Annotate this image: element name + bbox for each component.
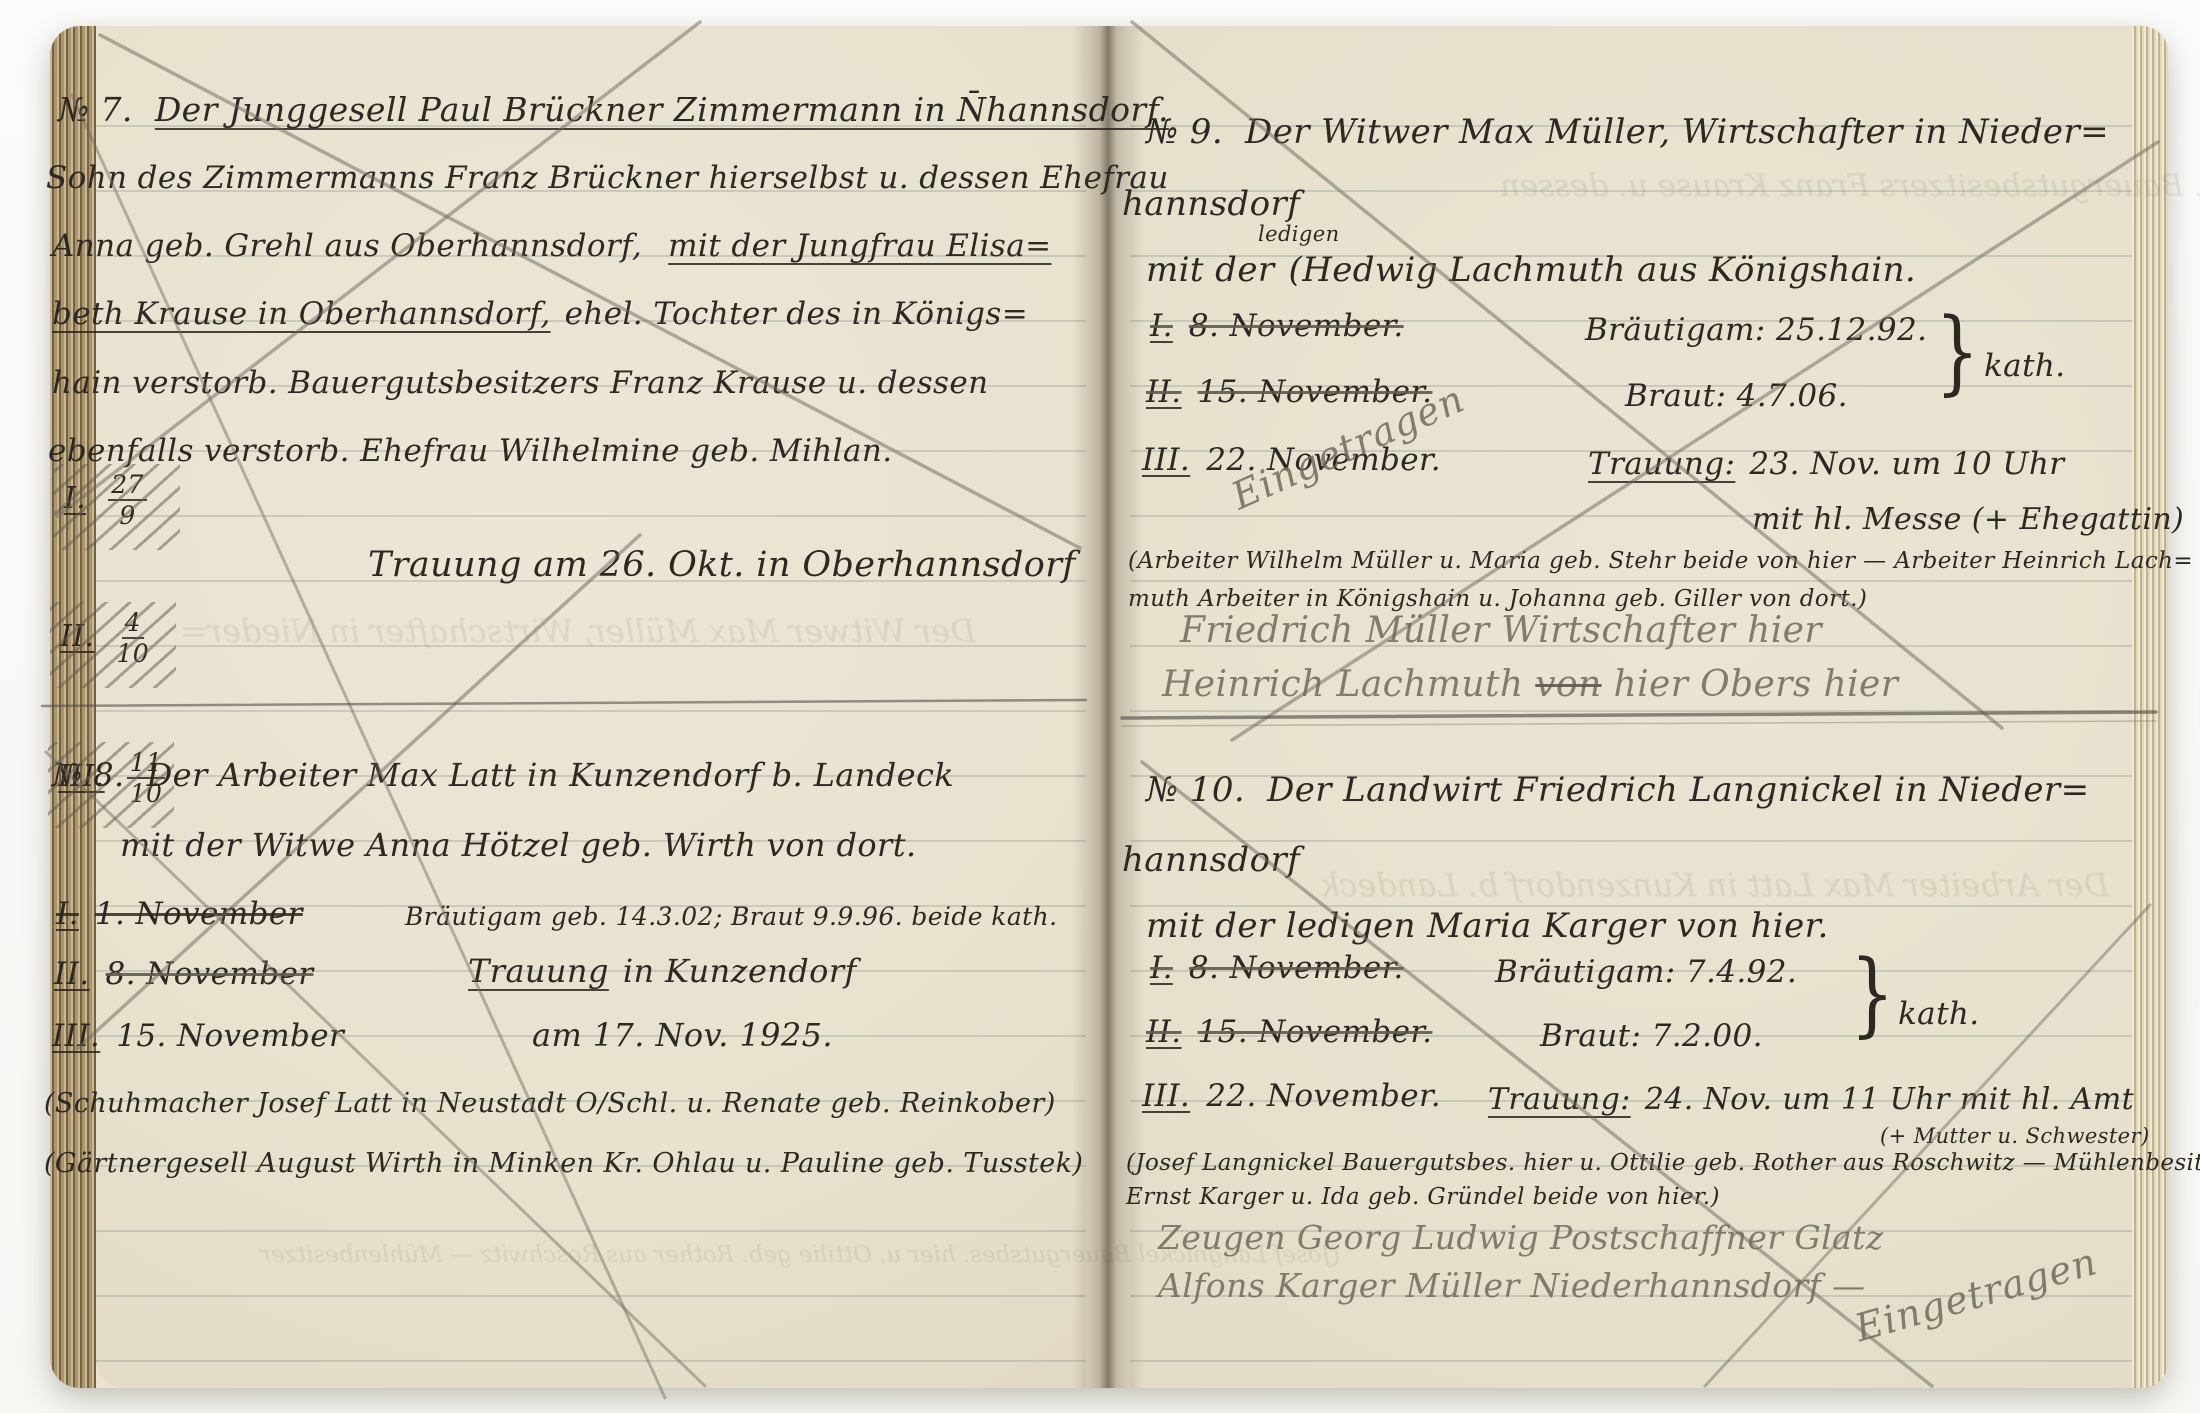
bann-month: 9: [119, 501, 135, 528]
bann-date-struck: II.15. November.: [1146, 1014, 1432, 1050]
entry9-parents-line2: muth Arbeiter in Königshain u. Johanna g…: [1128, 586, 1867, 612]
entry10-parents-line1: (Josef Langnickel Bauergutsbes. hier u. …: [1126, 1150, 2200, 1176]
entry7-bride-underlined: mit der Jungfrau Elisa=: [668, 228, 1051, 264]
entry10-witness-pencil1: Zeugen Georg Ludwig Postschaffner Glatz: [1158, 1218, 1884, 1257]
entry9-brace: }: [1935, 306, 1979, 398]
bann-month: 10: [116, 639, 149, 666]
entry9-bride-prefix: mit der: [1146, 250, 1275, 290]
trauung-place: in Kunzendorf: [623, 952, 857, 990]
entry9-number: № 9.: [1146, 112, 1223, 152]
trauung-date: 23. Nov. um 10 Uhr: [1749, 446, 2064, 482]
entry10-bann-2: II.15. November.: [1146, 1014, 1432, 1050]
bann-day: 4: [122, 610, 144, 639]
bleedthrough-text: hain verstorb. Bauergutsbesitzers Franz …: [1500, 168, 2200, 204]
trauung-date: 24. Nov. um 11 Uhr mit hl. Amt: [1645, 1082, 2134, 1117]
entry10-bride-line: mit der ledigen Maria Karger von hier.: [1146, 906, 1829, 946]
bann-roman: II.: [60, 619, 94, 654]
entry9-insertion: ledigen: [1258, 222, 1340, 246]
entry10-brace: }: [1850, 948, 1894, 1040]
entry7-bride-underlined2: beth Krause in Oberhannsdorf,: [52, 296, 551, 332]
bann-date-struck: 8. November: [106, 956, 314, 992]
entry10-bann-3: III.22. November.: [1142, 1078, 1441, 1114]
entry7-number: № 7.: [58, 90, 133, 129]
struck-word: von: [1535, 664, 1601, 705]
entry10-confession: kath.: [1898, 996, 1980, 1032]
bann-date-struck: I.1. November: [56, 896, 303, 932]
entry7-line2: Sohn des Zimmermanns Franz Brückner hier…: [46, 160, 1169, 196]
entry10-headline: № 10.Der Landwirt Friedrich Langnickel i…: [1146, 770, 2089, 810]
entry9-confession: kath.: [1984, 348, 2066, 384]
bann-roman: I.: [56, 896, 79, 932]
entry10-parents-line2: Ernst Karger u. Ida geb. Gründel beide v…: [1126, 1184, 1720, 1210]
bann-date-struck: I.8. November.: [1150, 308, 1404, 344]
entry8-groom-line: Der Arbeiter Max Latt in Kunzendorf b. L…: [147, 756, 954, 794]
bann-date: 15. November: [116, 1018, 344, 1054]
entry7-line4-rest: ehel. Tochter des in Königs=: [565, 296, 1029, 332]
entry8-bride-line: mit der Witwe Anna Hötzel geb. Wirth von…: [120, 826, 917, 864]
bann-day: 27: [108, 472, 147, 501]
bann-date: 15. November.: [1198, 1014, 1433, 1050]
entry10-bride-birthdate: Braut: 7.2.00.: [1540, 1018, 1763, 1054]
entry10-witness-pencil2: Alfons Karger Müller Niederhannsdorf —: [1158, 1266, 1866, 1305]
entry8-wedding-date: am 17. Nov. 1925.: [532, 1016, 833, 1054]
entry8-bann-3: III.15. November: [52, 1018, 344, 1054]
handwriting-layer: Der Witwer Max Müller, Wirtschafter in N…: [0, 0, 2200, 1413]
entry9-wedding-note: Trauung:23. Nov. um 10 Uhr: [1588, 446, 2065, 482]
entry9-parents-line1: (Arbeiter Wilhelm Müller u. Maria geb. S…: [1128, 548, 2193, 574]
entry10-sub-note: (+ Mutter u. Schwester): [1880, 1124, 2150, 1148]
bleedthrough-text: Der Arbeiter Max Latt in Kunzendorf b. L…: [1320, 866, 2109, 904]
entry10-line2: hannsdorf: [1122, 840, 1300, 880]
entry7-bann-2: II.410: [60, 610, 2200, 666]
trauung-label: Trauung:: [1488, 1082, 1631, 1117]
entry7-headline: № 7.Der Junggesell Paul Brückner Zimmerm…: [58, 90, 1169, 129]
bann-roman: II.: [1146, 374, 1182, 410]
bann-date-fraction: 279: [108, 472, 147, 528]
witness-name: Heinrich Lachmuth: [1162, 664, 1523, 705]
entry10-groom-line: Der Landwirt Friedrich Langnickel in Nie…: [1267, 770, 2089, 810]
bann-date-struck: I.8. November.: [1150, 950, 1404, 986]
bann-roman: II.: [54, 956, 90, 992]
bann-roman: I.: [64, 481, 86, 516]
entry9-witness-pencil2: Heinrich Lachmuth von hier Obers hier: [1162, 664, 1898, 705]
bann-date: 8. November.: [1189, 950, 1404, 986]
entry8-bann-2: II.8. November: [54, 956, 313, 992]
entry7-line5: hain verstorb. Bauergutsbesitzers Franz …: [52, 365, 988, 401]
entry7-line4: beth Krause in Oberhannsdorf,ehel. Tocht…: [52, 296, 1028, 332]
entry9-groom-birthdate: Bräutigam: 25.12.92.: [1585, 312, 1927, 348]
entry9-mass-note: mit hl. Messe (+ Ehegattin): [1752, 502, 2184, 537]
bann-date: 1. November: [95, 896, 303, 932]
entry10-bann-1: I.8. November.: [1150, 950, 1404, 986]
entry7-line3-start: Anna geb. Grehl aus Oberhannsdorf,: [52, 228, 642, 264]
entry8-wedding-note: Trauungin Kunzendorf: [468, 952, 857, 990]
entry8-headline: № 8.Der Arbeiter Max Latt in Kunzendorf …: [52, 756, 954, 794]
entry7-groom-line: Der Junggesell Paul Brückner Zimmermann …: [155, 90, 1169, 129]
entry9-groom-line: Der Witwer Max Müller, Wirtschafter in N…: [1245, 112, 2109, 152]
entry9-witness-pencil1: Friedrich Müller Wirtschafter hier: [1180, 610, 1822, 651]
trauung-label: Trauung:: [1588, 446, 1735, 482]
bann-roman: I.: [1150, 308, 1173, 344]
entry8-bann-1: I.1. November: [56, 896, 303, 932]
witness-place: hier Obers hier: [1614, 664, 1899, 705]
bann-roman: III.: [1142, 442, 1190, 478]
entry7-line3: Anna geb. Grehl aus Oberhannsdorf,mit de…: [52, 228, 1051, 264]
bann-roman: III.: [1142, 1078, 1190, 1114]
entry9-headline: № 9.Der Witwer Max Müller, Wirtschafter …: [1146, 112, 2109, 152]
entry10-eingetragen-note: Eingetragen: [1850, 1239, 2102, 1350]
entry8-groom-parents: (Schuhmacher Josef Latt in Neustadt O/Sc…: [44, 1088, 1056, 1119]
entry9-bride-line: mit der(Hedwig Lachmuth aus Königshain.: [1146, 250, 1916, 290]
bann-date: 8. November.: [1189, 308, 1404, 344]
entry9-bride-name: (Hedwig Lachmuth aus Königshain.: [1289, 250, 1917, 290]
trauung-label: Trauung: [468, 952, 609, 990]
entry9-bride-birthdate: Braut: 4.7.06.: [1625, 378, 1848, 414]
entry8-birthdates-note: Bräutigam geb. 14.3.02; Braut 9.9.96. be…: [405, 902, 1057, 931]
scanned-marriage-register: Der Witwer Max Müller, Wirtschafter in N…: [0, 0, 2200, 1413]
entry9-line2: hannsdorf: [1122, 184, 1300, 224]
entry10-wedding-note: Trauung:24. Nov. um 11 Uhr mit hl. Amt: [1488, 1082, 2134, 1117]
bann-roman: I.: [1150, 950, 1173, 986]
entry9-bann-1: I.8. November.: [1150, 308, 1404, 344]
bann-roman: III.: [52, 1018, 100, 1054]
entry10-groom-birthdate: Bräutigam: 7.4.92.: [1495, 954, 1797, 990]
bann-date-fraction: 410: [116, 610, 149, 666]
bann-date: 22. November.: [1206, 1078, 1441, 1114]
entry8-bride-parents: (Gärtnergesell August Wirth in Minken Kr…: [44, 1148, 1083, 1179]
entry7-line6: ebenfalls verstorb. Ehefrau Wilhelmine g…: [48, 433, 893, 469]
entry8-number: № 8.: [52, 756, 125, 794]
bann-roman: II.: [1146, 1014, 1182, 1050]
entry7-wedding-note: Trauung am 26. Okt. in Oberhannsdorf: [368, 545, 1076, 585]
entry10-number: № 10.: [1146, 770, 1245, 810]
